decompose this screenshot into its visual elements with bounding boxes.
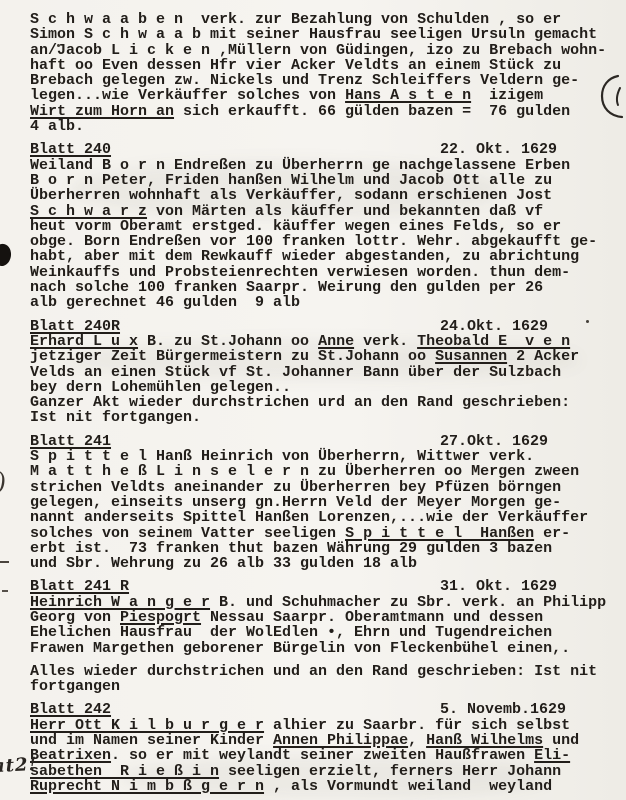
blatt-label: Blatt 242 [30,701,111,718]
text-line: Beatrixen. so er mit weylandt seiner zwe… [30,748,610,763]
text-line: B o r n Peter, Friden hanßen Wilhelm und… [30,173,610,188]
blatt-label: Blatt 240 [30,141,111,158]
underlined-text-segment: Ruprecht N i m b ß g e r n [30,778,264,795]
text-line: gelegen, einseits unserg gn.Herrn Veld d… [30,495,610,510]
scan-speck [462,644,466,646]
register-entry: Blatt 24022. Okt. 1629Weiland B o r n En… [30,142,610,310]
text-segment: sich erkaufft. 66 gülden bazen = 76 guld… [174,103,570,120]
text-line: strichen Veldts aneinander zu Überherren… [30,480,610,495]
text-line: Weinkauffs und Probsteienrechten verwies… [30,265,610,280]
text-line: Weiland B o r n Endreßen zu Überherrn ge… [30,158,610,173]
text-line: an/Jacob L i c k e n ,Müllern von Güding… [30,43,610,58]
paragraph: S c h w a a b e n verk. zur Bezahlung vo… [30,12,610,134]
text-line: habt, aber mit dem Rewkauff wieder abges… [30,249,610,264]
margin-dash-mark [0,561,9,563]
entry-date: 5. Novemb.1629 [440,702,566,717]
entry-date: 31. Okt. 1629 [440,579,557,594]
text-line: Erhard L u x B. zu St.Johann oo Anne ver… [30,334,610,349]
scan-speck [58,94,61,97]
text-line: erbt ist. 73 franken thut bazen Währung … [30,541,610,556]
text-line: und Sbr. Wehrung zu 26 alb 33 gulden 18 … [30,556,610,571]
register-entry: Blatt 240R24.Okt. 1629Erhard L u x B. zu… [30,319,610,426]
entry-header: Blatt 240R24.Okt. 1629 [30,319,610,334]
text-line: Brebach gelegen zw. Nickels und Trenz Sc… [30,73,610,88]
text-line: Georg von Piespogrt Nessau Saarpr. Obera… [30,610,610,625]
entry-date: 24.Okt. 1629 [440,319,548,334]
text-line: Frawen Margethen geborener Bürgelin von … [30,641,610,656]
entry-header: Blatt 241 R31. Okt. 1629 [30,579,610,594]
margin-parenthesis-mark: ) [0,467,8,496]
text-line: und im Namen seiner Kinder Annen Philipp… [30,733,610,748]
entry-date: 22. Okt. 1629 [440,142,557,157]
text-line: alb gerechnet 46 gulden 9 alb [30,295,610,310]
handwritten-margin-note: at2! [0,754,38,777]
text-line: haft oo Even dessen Hfr vier Acker Veldt… [30,58,610,73]
text-line: nannt anderseits Spittel Hanßen Lorenzen… [30,510,610,525]
text-line: Ruprecht N i m b ß g e r n , als Vormund… [30,779,610,794]
entry-header: Blatt 24127.Okt. 1629 [30,434,610,449]
text-line: Heinrich W a n g e r B. und Schuhmacher … [30,595,610,610]
text-line: Herr Ott K i l b u r g e r alhier zu Saa… [30,718,610,733]
text-segment: und Sbr. Wehrung zu 26 alb 33 gulden 18 … [30,555,417,572]
text-line: Ganzer Akt wieder durchstrichen urd an d… [30,395,610,410]
text-line: heut vorm Oberamt erstged. käuffer wegen… [30,219,610,234]
document-body: S c h w a a b e n verk. zur Bezahlung vo… [30,12,610,794]
scan-speck [57,44,60,47]
text-line: M a t t h e ß L i n s e l e r n zu Überh… [30,464,610,479]
entry-date: 27.Okt. 1629 [440,434,548,449]
text-line: legen...wie Verkäuffer solches von Hans … [30,88,610,103]
text-line: fortgangen [30,679,610,694]
text-line: Ist nit fortgangen. [30,410,610,425]
text-line: obge. Born Endreßen vor 100 franken lott… [30,234,610,249]
text-segment: 4 alb. [30,118,84,135]
text-line: Ehelichen Hausfrau der WolEdlen •, Ehrn … [30,625,610,640]
entry-header: Blatt 2425. Novemb.1629 [30,702,610,717]
text-line: sabethen R i e ß i n seeligen erzielt, f… [30,764,610,779]
text-line: Simon S c h w a a b mit seiner Hausfrau … [30,27,610,42]
circled-page-number-mark [600,72,626,129]
text-segment: alb gerechnet 46 gulden 9 alb [30,294,300,311]
blatt-label: Blatt 241 R [30,578,129,595]
scan-speck [586,320,589,323]
text-line: S p i t t e l Hanß Heinrich von Überherr… [30,449,610,464]
text-segment: Ist nit fortgangen. [30,409,201,426]
text-segment: Frawen Margethen geborener Bürgelin von … [30,640,570,657]
scanned-document-page: S c h w a a b e n verk. zur Bezahlung vo… [0,0,626,800]
margin-dash-mark [2,590,8,592]
text-line: bey dern Lohemühlen gelegen.. [30,380,610,395]
paragraph: Alles wieder durchstrichen und an den Ra… [30,664,610,695]
blatt-label: Blatt 240R [30,318,120,335]
text-line: nach solche 100 franken Saarpr. Weirung … [30,280,610,295]
blatt-label: Blatt 241 [30,433,111,450]
text-segment: , als Vormundt weiland weyland [264,778,552,795]
entry-header: Blatt 24022. Okt. 1629 [30,142,610,157]
text-line: Alles wieder durchstrichen und an den Ra… [30,664,610,679]
text-line: 4 alb. [30,119,610,134]
text-line: Velds an einen Stück vf St. Johanner Ban… [30,365,610,380]
text-segment: fortgangen [30,678,120,695]
text-line: Wirt zum Horn an sich erkaufft. 66 gülde… [30,104,610,119]
text-line: solches von seinem Vatter seeligen S p i… [30,526,610,541]
ink-blot-mark [0,242,13,267]
text-line: jetziger Zeit Bürgermeistern zu St.Johan… [30,349,610,364]
register-entry: Blatt 2425. Novemb.1629Herr Ott K i l b … [30,702,610,794]
register-entry: Blatt 24127.Okt. 1629S p i t t e l Hanß … [30,434,610,572]
text-line: Überherren wohnhaft als Verkäuffer, soda… [30,188,610,203]
text-line: S c h w a r z von Märten als käuffer und… [30,204,610,219]
text-line: S c h w a a b e n verk. zur Bezahlung vo… [30,12,610,27]
register-entry: Blatt 241 R31. Okt. 1629Heinrich W a n g… [30,579,610,655]
